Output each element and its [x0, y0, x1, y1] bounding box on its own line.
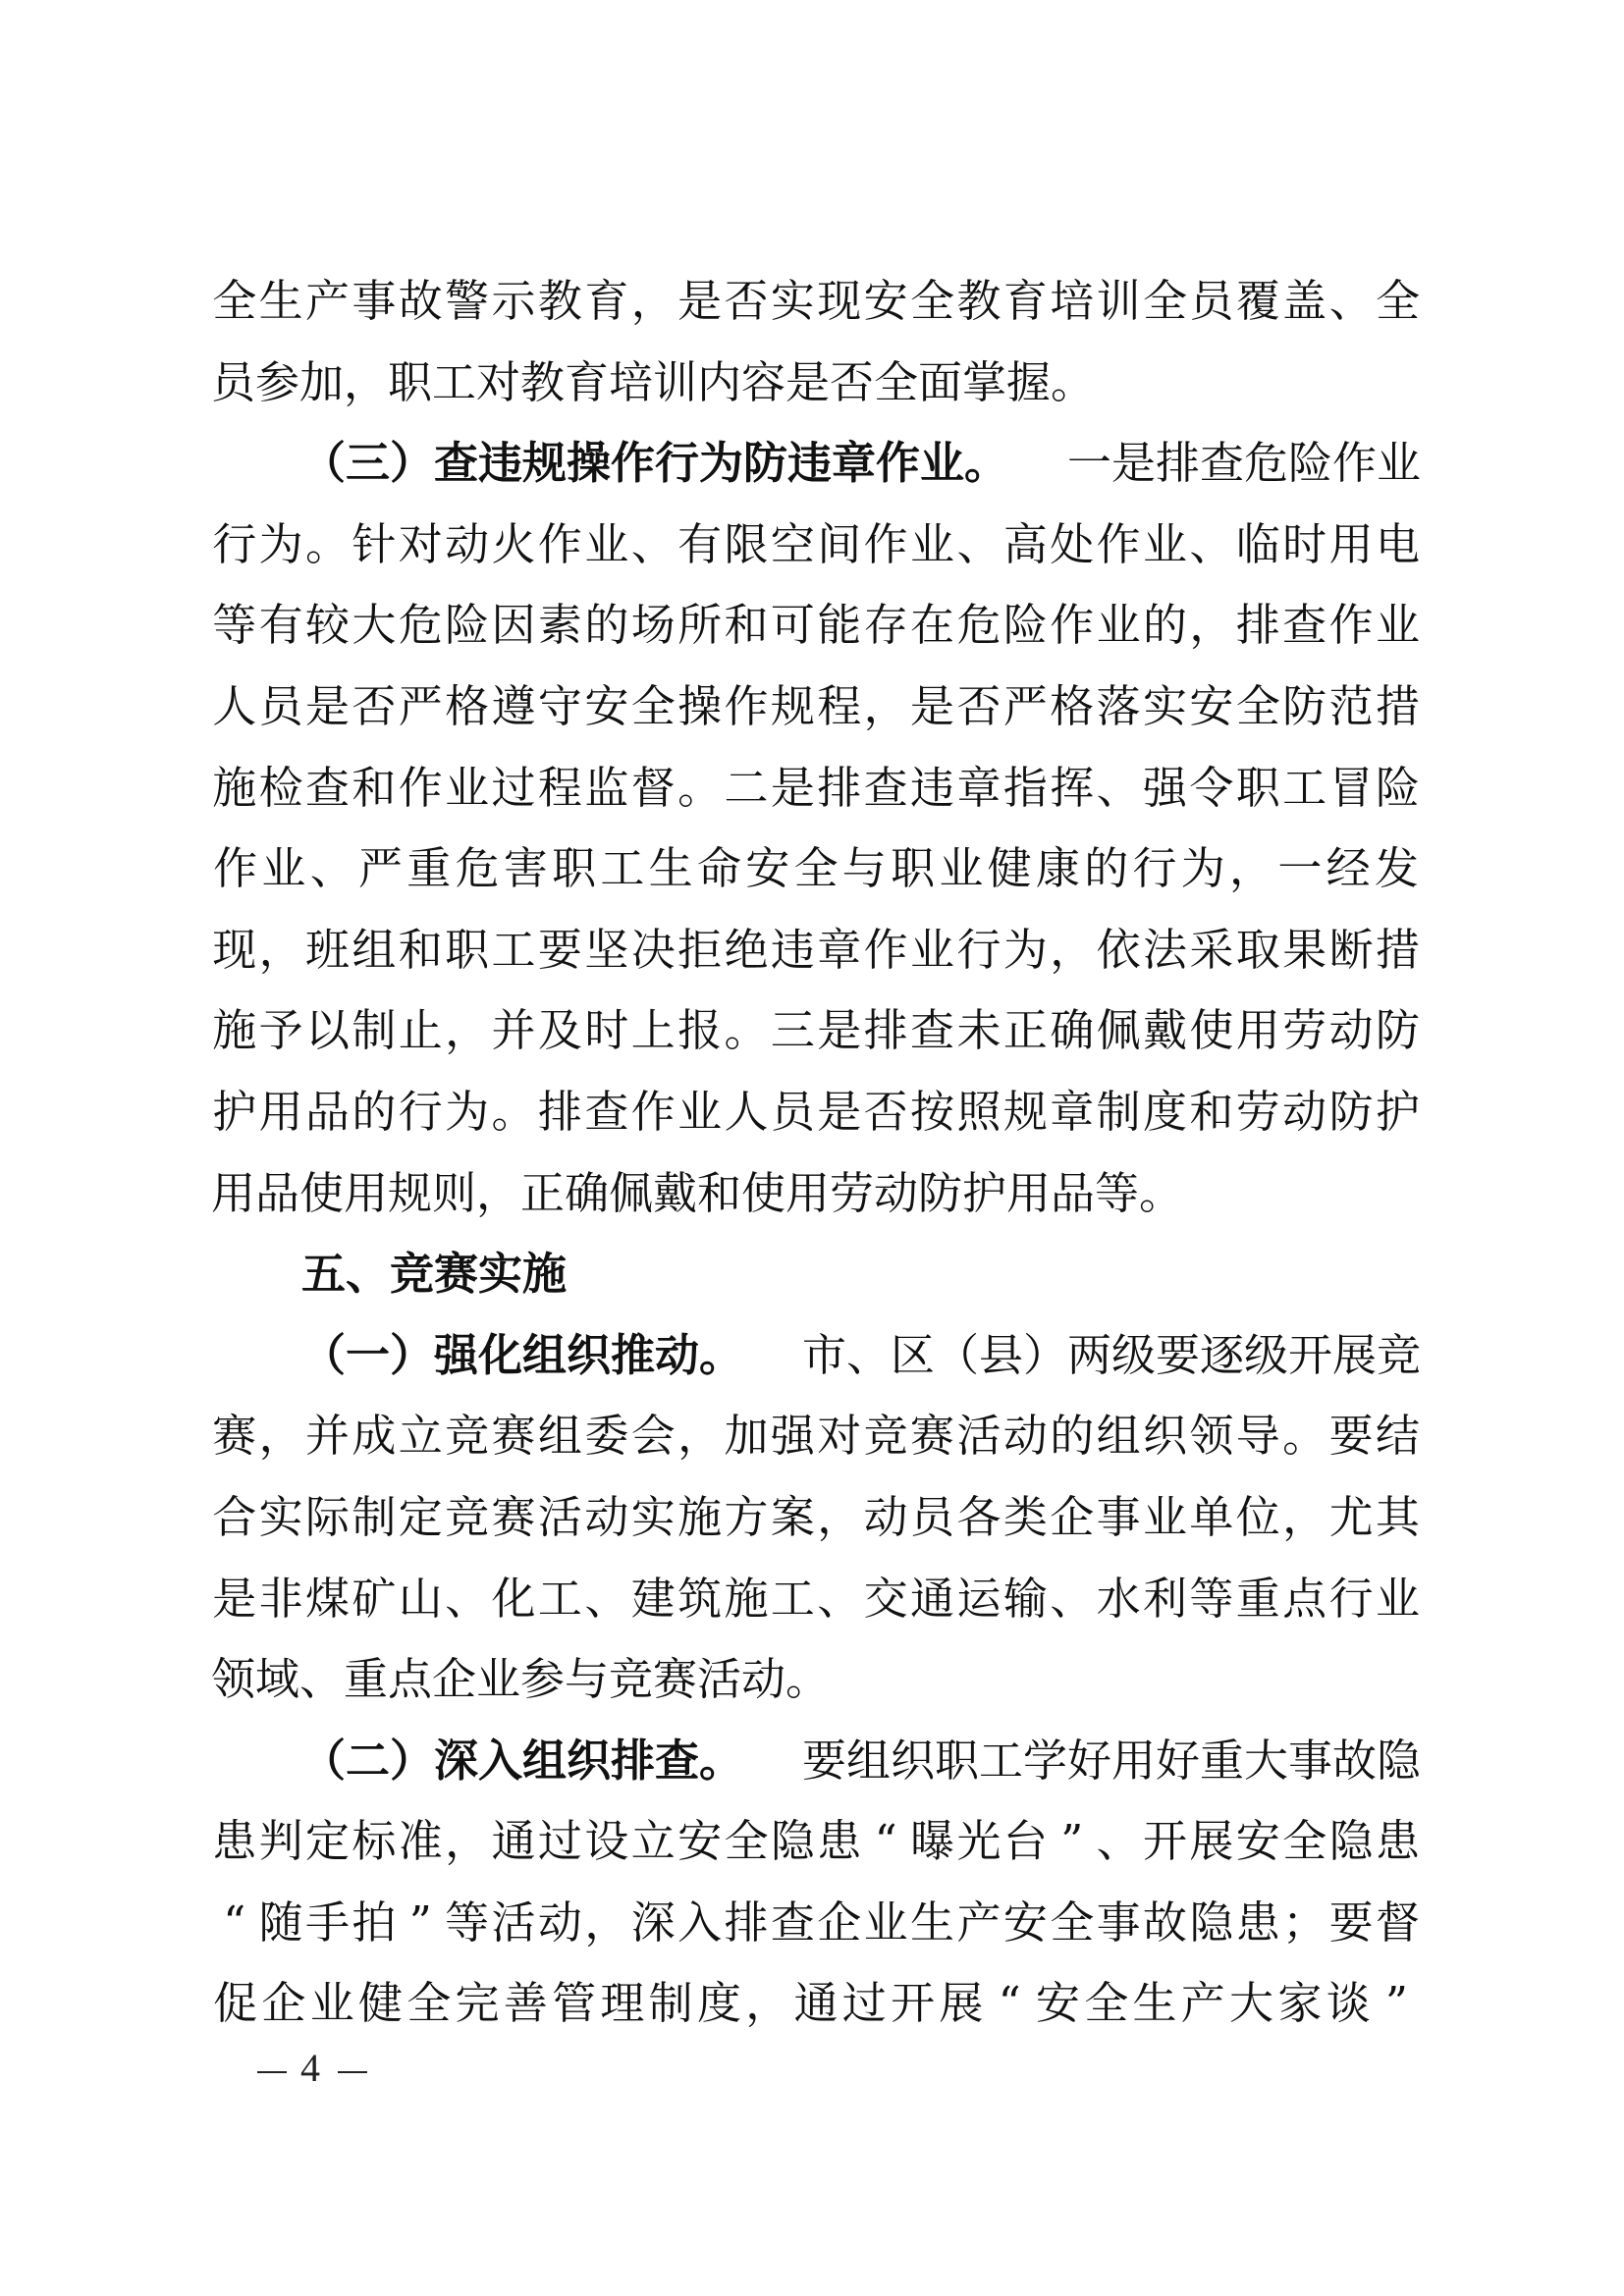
page-number: 4: [244, 2044, 381, 2093]
text-line: 全生产事故警示教育，是否实现安全教育培训全员覆盖、全: [211, 261, 1421, 343]
text-line: 赛，并成立竞赛组委会，加强对竞赛活动的组织领导。要结: [211, 1396, 1421, 1477]
paragraph-section-3: （三）查违规操作行为防违章作业。一是排查危险作业 行为。针对动火作业、有限空间作…: [211, 423, 1421, 1234]
subsection-title: （一）强化组织推动。: [301, 1315, 743, 1397]
text-run: 一是排查危险作业: [1067, 423, 1421, 505]
page-number-value: 4: [300, 2046, 324, 2090]
text-line: 用品使用规则，正确佩戴和使用劳动防护用品等。: [211, 1153, 1421, 1235]
text-line: “随手拍”等活动，深入排查企业生产安全事故隐患；要督: [211, 1883, 1421, 1964]
dash-decoration: [257, 2071, 287, 2073]
text-line: 施检查和作业过程监督。二是排查违章指挥、强令职工冒险: [211, 748, 1421, 829]
subsection-title: （三）查违规操作行为防违章作业。: [301, 423, 1008, 505]
text-line: 等有较大危险因素的场所和可能存在危险作业的，排查作业: [211, 585, 1421, 667]
text-line: 领域、重点企业参与竞赛活动。: [211, 1639, 1421, 1721]
text-run: 市、区（县）两级要逐级开展竞: [802, 1315, 1421, 1397]
paragraph-section-1: （一）强化组织推动。市、区（县）两级要逐级开展竞 赛，并成立竞赛组委会，加强对竞…: [211, 1315, 1421, 1721]
text-line: 促企业健全完善管理制度，通过开展“安全生产大家谈”: [211, 1963, 1421, 2045]
text-line-first: （一）强化组织推动。市、区（县）两级要逐级开展竞: [211, 1315, 1421, 1397]
text-line-first: （二）深入组织排查。要组织职工学好用好重大事故隐: [211, 1721, 1421, 1802]
paragraph-continued: 全生产事故警示教育，是否实现安全教育培训全员覆盖、全 员参加，职工对教育培训内容…: [211, 261, 1421, 423]
paragraph-section-2: （二）深入组织排查。要组织职工学好用好重大事故隐 患判定标准，通过设立安全隐患“…: [211, 1721, 1421, 2045]
text-run: 要组织职工学好用好重大事故隐: [802, 1721, 1421, 1802]
text-line: 施予以制止，并及时上报。三是排查未正确佩戴使用劳动防: [211, 990, 1421, 1072]
text-line: 作业、严重危害职工生命安全与职业健康的行为，一经发: [211, 828, 1421, 910]
text-line: 人员是否严格遵守安全操作规程，是否严格落实安全防范措: [211, 667, 1421, 748]
text-line: 合实际制定竞赛活动实施方案，动员各类企事业单位，尤其: [211, 1477, 1421, 1559]
text-line: 患判定标准，通过设立安全隐患“曝光台”、开展安全隐患: [211, 1801, 1421, 1883]
text-line: 现，班组和职工要坚决拒绝违章作业行为，依法采取果断措: [211, 910, 1421, 991]
text-line: 是非煤矿山、化工、建筑施工、交通运输、水利等重点行业: [211, 1559, 1421, 1640]
document-page: 全生产事故警示教育，是否实现安全教育培训全员覆盖、全 员参加，职工对教育培训内容…: [0, 0, 1624, 2296]
text-line: 行为。针对动火作业、有限空间作业、高处作业、临时用电: [211, 505, 1421, 586]
section-heading: 五、竞赛实施: [211, 1234, 1421, 1315]
text-line: 员参加，职工对教育培训内容是否全面掌握。: [211, 343, 1421, 424]
dash-decoration: [338, 2071, 367, 2073]
subsection-title: （二）深入组织排查。: [301, 1721, 743, 1802]
document-body: 全生产事故警示教育，是否实现安全教育培训全员覆盖、全 员参加，职工对教育培训内容…: [211, 261, 1421, 2045]
text-line: 护用品的行为。排查作业人员是否按照规章制度和劳动防护: [211, 1072, 1421, 1153]
text-line-first: （三）查违规操作行为防违章作业。一是排查危险作业: [211, 423, 1421, 505]
